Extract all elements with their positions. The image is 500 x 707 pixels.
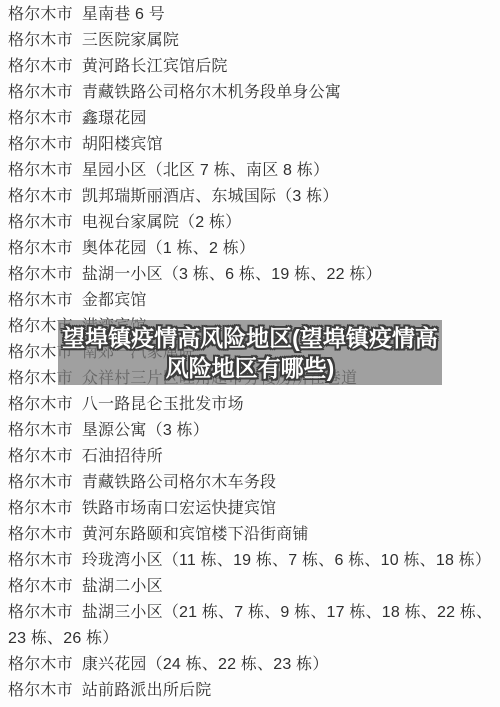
city-label: 格尔木市 (8, 578, 73, 595)
list-item: 格尔木市八一路昆仑玉批发市场 (8, 392, 496, 418)
list-item: 格尔木市凯邦瑞斯丽酒店、东城国际（3 栋） (8, 184, 496, 210)
location-name: 电视台家属院（2 栋） (82, 214, 242, 231)
list-item: 格尔木市电视台家属院（2 栋） (8, 210, 496, 236)
city-label: 格尔木市 (8, 604, 73, 621)
watermark-title-line-2: 风险地区有哪些) (166, 353, 335, 383)
location-name: 八一路昆仑玉批发市场 (82, 396, 244, 413)
watermark-title-line-1: 望埠镇疫情高风险地区(望埠镇疫情高 (62, 323, 438, 353)
list-item: 格尔木市金都宾馆 (8, 288, 496, 314)
location-name: 奥体花园（1 栋、2 栋） (82, 240, 255, 257)
location-name: 金都宾馆 (82, 292, 147, 309)
location-name: 胡阳楼宾馆 (82, 136, 163, 153)
city-label: 格尔木市 (8, 32, 73, 49)
list-item: 格尔木市站前路派出所后院 (8, 678, 496, 704)
location-name: 垦源公寓（3 栋） (82, 422, 209, 439)
city-label: 格尔木市 (8, 240, 73, 257)
city-label: 格尔木市 (8, 110, 73, 127)
list-item: 格尔木市三医院家属院 (8, 28, 496, 54)
location-name: 星园小区（北区 7 栋、南区 8 栋） (82, 162, 329, 179)
list-item: 格尔木市青藏铁路公司格尔木机务段单身公寓 (8, 80, 496, 106)
list-item: 格尔木市星园小区（北区 7 栋、南区 8 栋） (8, 158, 496, 184)
location-name: 黄河路长江宾馆后院 (82, 58, 228, 75)
list-item: 格尔木市青藏铁路公司格尔木车务段 (8, 470, 496, 496)
city-label: 格尔木市 (8, 552, 73, 569)
location-name: 铁路市场南口宏运快捷宾馆 (82, 500, 276, 517)
list-item: 格尔木市垦源公寓（3 栋） (8, 418, 496, 444)
location-name: 康兴花园（24 栋、22 栋、23 栋） (82, 656, 329, 673)
city-label: 格尔木市 (8, 188, 73, 205)
location-name: 青藏铁路公司格尔木车务段 (82, 474, 276, 491)
city-label: 格尔木市 (8, 526, 73, 543)
city-label: 格尔木市 (8, 214, 73, 231)
city-label: 格尔木市 (8, 6, 73, 23)
location-name: 星南巷 6 号 (82, 6, 165, 23)
city-label: 格尔木市 (8, 474, 73, 491)
location-name: 三医院家属院 (82, 32, 179, 49)
list-item: 格尔木市盐湖二小区 (8, 574, 496, 600)
list-item: 格尔木市玲珑湾小区（11 栋、19 栋、7 栋、6 栋、10 栋、18 栋） (8, 548, 496, 574)
list-item: 格尔木市鑫璟花园 (8, 106, 496, 132)
city-label: 格尔木市 (8, 448, 73, 465)
city-label: 格尔木市 (8, 396, 73, 413)
city-label: 格尔木市 (8, 136, 73, 153)
location-name: 盐湖一小区（3 栋、6 栋、19 栋、22 栋） (82, 266, 382, 283)
location-name: 青藏铁路公司格尔木机务段单身公寓 (82, 84, 341, 101)
article-page: 格尔木市星南巷 6 号格尔木市三医院家属院格尔木市黄河路长江宾馆后院格尔木市青藏… (0, 0, 500, 707)
list-item: 格尔木市胡阳楼宾馆 (8, 132, 496, 158)
city-label: 格尔木市 (8, 162, 73, 179)
list-item: 格尔木市铁路市场南口宏运快捷宾馆 (8, 496, 496, 522)
city-label: 格尔木市 (8, 266, 73, 283)
list-item: 格尔木市盐湖一小区（3 栋、6 栋、19 栋、22 栋） (8, 262, 496, 288)
city-label: 格尔木市 (8, 58, 73, 75)
list-item: 格尔木市石油招待所 (8, 444, 496, 470)
location-name: 石油招待所 (82, 448, 163, 465)
list-item: 格尔木市盐湖三小区（21 栋、7 栋、9 栋、17 栋、18 栋、22 栋、23… (8, 600, 496, 652)
city-label: 格尔木市 (8, 422, 73, 439)
city-label: 格尔木市 (8, 682, 73, 699)
city-label: 格尔木市 (8, 656, 73, 673)
list-item: 格尔木市康兴花园（24 栋、22 栋、23 栋） (8, 652, 496, 678)
city-label: 格尔木市 (8, 292, 73, 309)
location-name: 盐湖二小区 (82, 578, 163, 595)
location-name: 玲珑湾小区（11 栋、19 栋、7 栋、6 栋、10 栋、18 栋） (82, 552, 491, 569)
list-item: 格尔木市黄河东路颐和宾馆楼下沿街商铺 (8, 522, 496, 548)
location-name: 黄河东路颐和宾馆楼下沿街商铺 (82, 526, 309, 543)
list-item: 格尔木市星南巷 6 号 (8, 2, 496, 28)
list-item: 格尔木市奥体花园（1 栋、2 栋） (8, 236, 496, 262)
watermark-title-banner: 望埠镇疫情高风险地区(望埠镇疫情高 风险地区有哪些) (58, 320, 442, 385)
location-name: 鑫璟花园 (82, 110, 147, 127)
location-name: 站前路派出所后院 (82, 682, 212, 699)
city-label: 格尔木市 (8, 84, 73, 101)
city-label: 格尔木市 (8, 500, 73, 517)
list-item: 格尔木市黄河路长江宾馆后院 (8, 54, 496, 80)
location-name: 凯邦瑞斯丽酒店、东城国际（3 栋） (82, 188, 339, 205)
location-name: 盐湖三小区（21 栋、7 栋、9 栋、17 栋、18 栋、22 栋、23 栋、2… (8, 604, 492, 647)
